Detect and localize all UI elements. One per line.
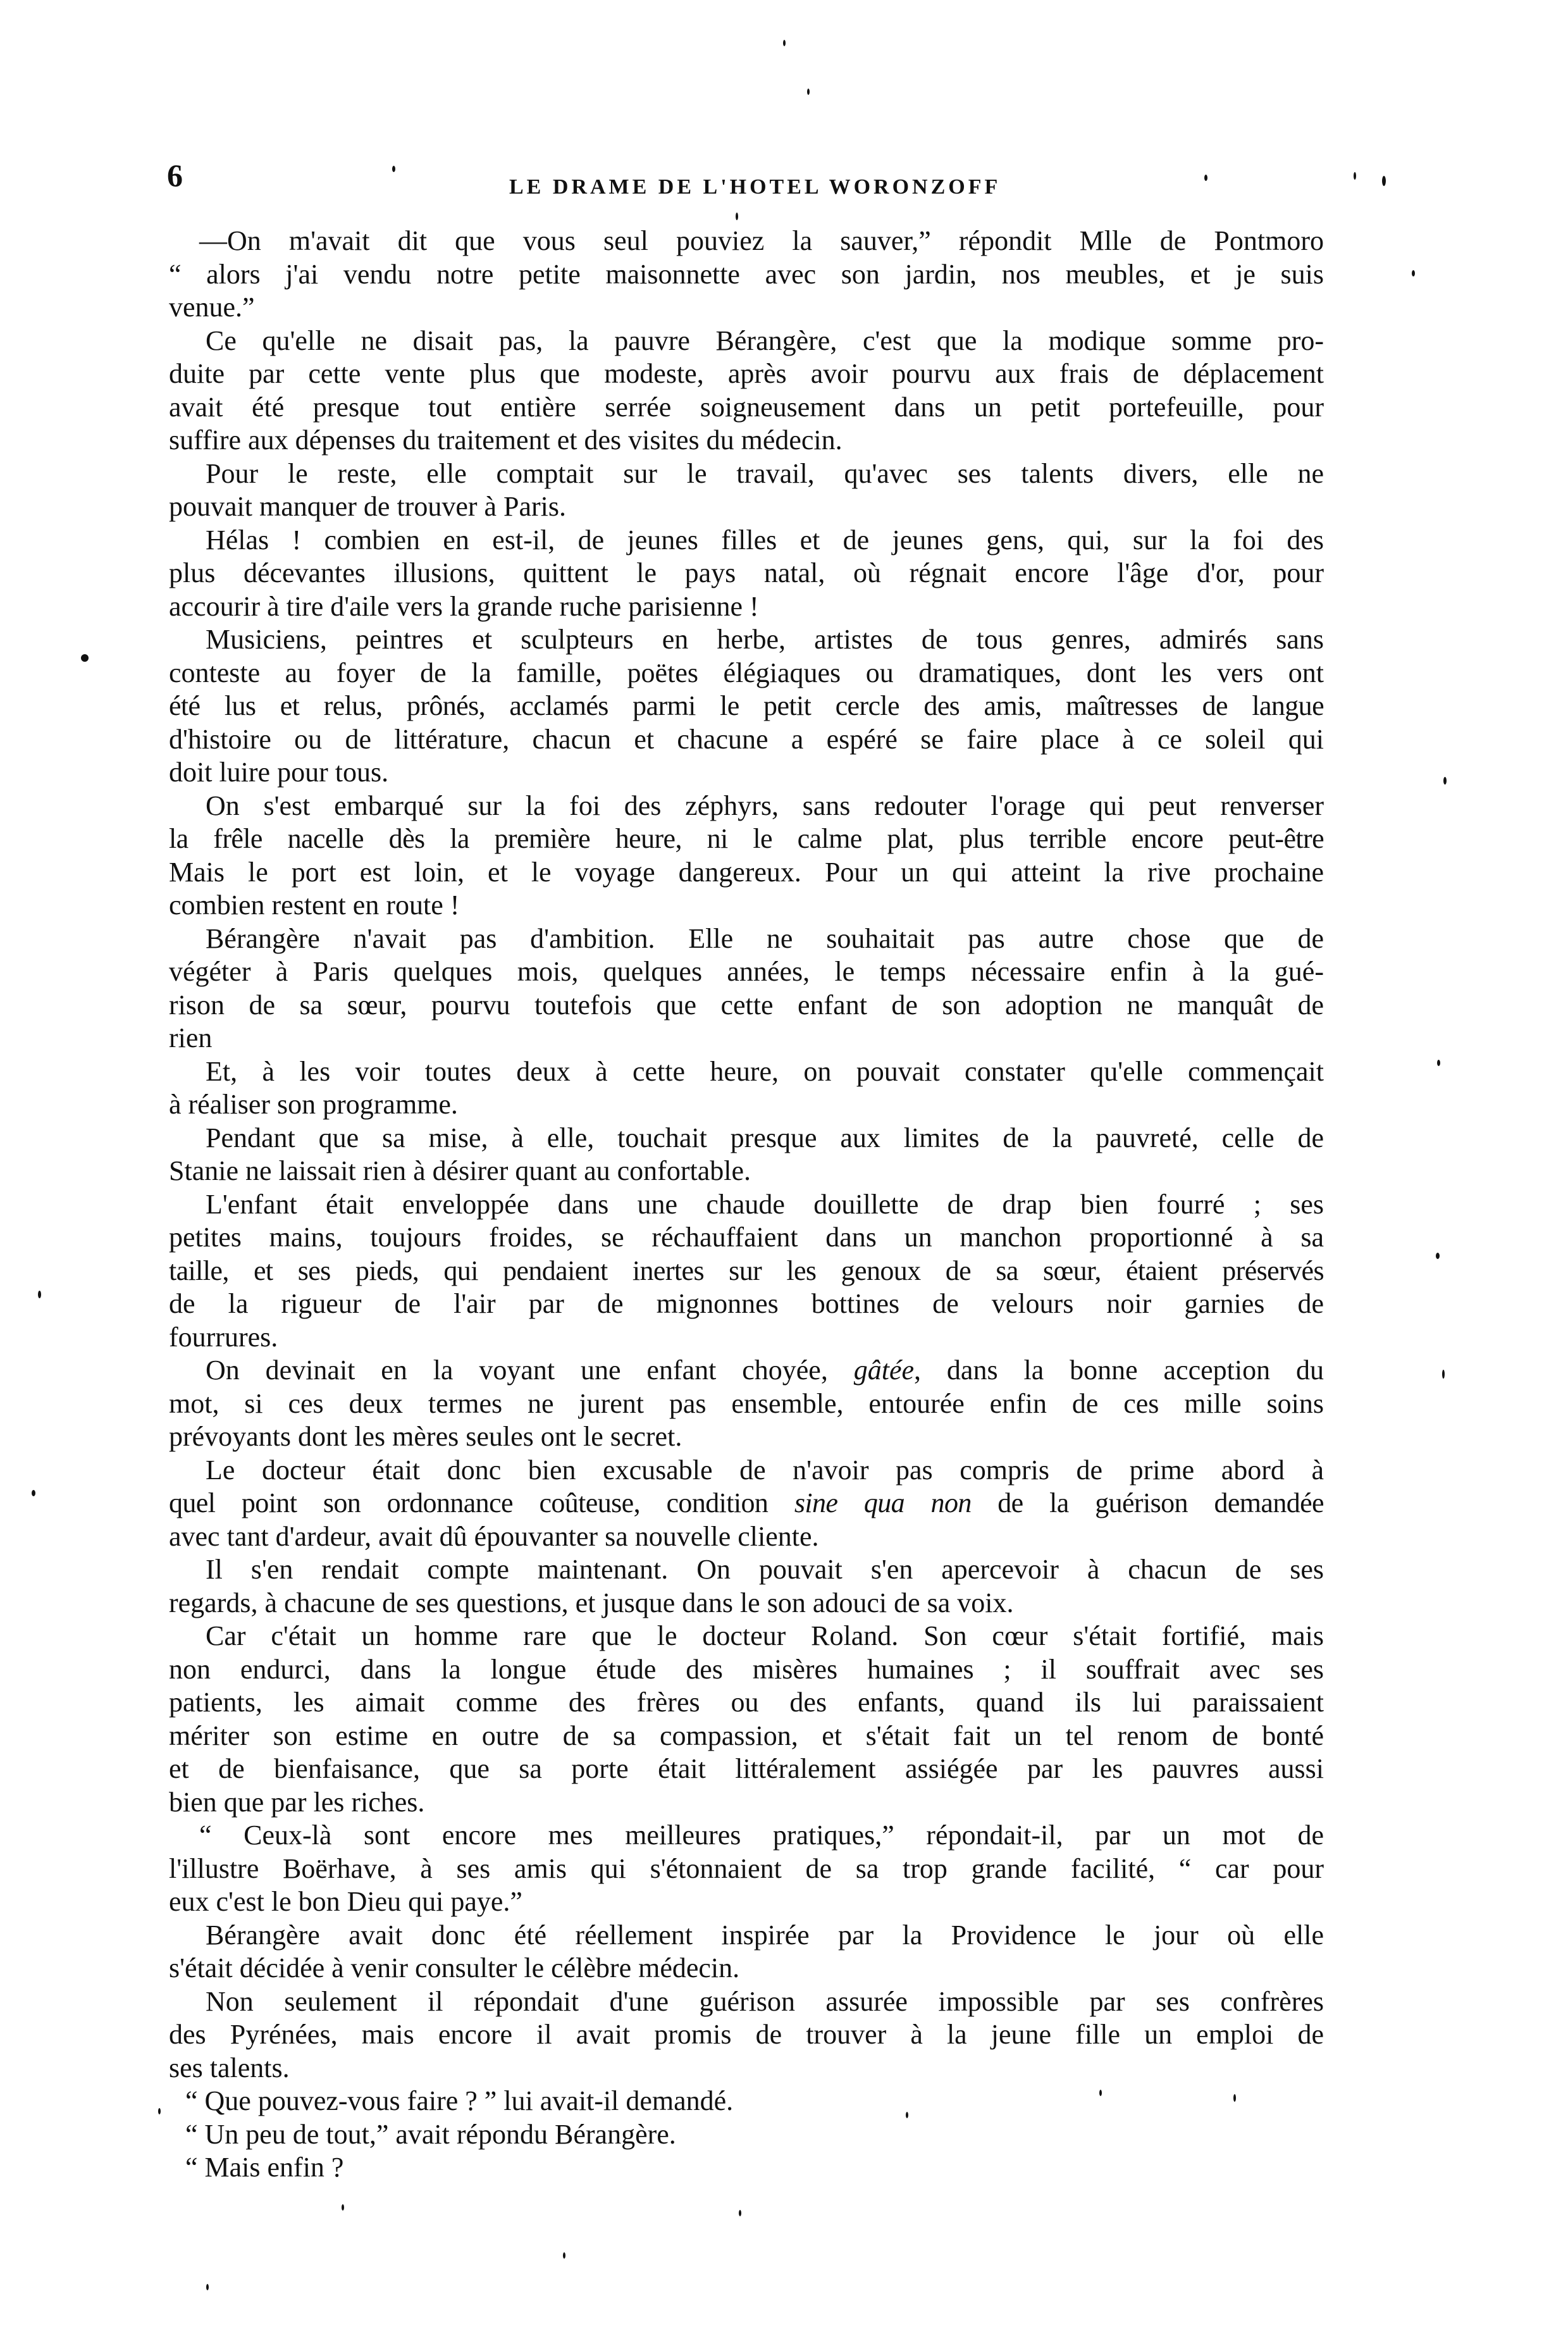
text-line: “ alors j'ai vendu notre petite maisonne… [169,258,1324,292]
text-line: la frêle nacelle dès la première heure, … [169,822,1324,856]
line-text: avait été presque tout entière serrée so… [169,392,1324,423]
line-text: combien restent en route ! [169,890,459,921]
scan-speck [206,2284,209,2290]
line-text: On s'est embarqué sur la foi des zéphyrs… [206,790,1324,821]
text-line: Stanie ne laissait rien à désirer quant … [169,1155,1324,1188]
text-line: Bérangère n'avait pas d'ambition. Elle n… [169,922,1324,956]
line-text: doit luire pour tous. [169,757,388,788]
line-text: Le docteur était donc bien excusable de … [206,1455,1324,1486]
scan-speck [563,2252,565,2259]
scan-speck [32,1490,35,1496]
text-line: rien [169,1022,1324,1055]
text-line: ses talents. [169,2052,1324,2085]
text-line: regards, à chacune de ses questions, et … [169,1587,1324,1620]
line-text: bien que par les riches. [169,1787,424,1818]
line-text: de la rigueur de l'air par de mignonnes … [169,1288,1324,1319]
line-text: de la guérison demandée [972,1487,1324,1518]
scan-speck [1412,270,1415,276]
scan-speck [1442,1370,1445,1379]
text-line: L'enfant était enveloppée dans une chaud… [169,1188,1324,1222]
line-text: regards, à chacune de ses questions, et … [169,1587,1014,1618]
text-line: fourrures. [169,1321,1324,1355]
line-text: Pour le reste, elle comptait sur le trav… [206,458,1324,489]
line-text: L'enfant était enveloppée dans une chaud… [206,1189,1324,1220]
line-text: suffire aux dépenses du traitement et de… [169,425,843,456]
text-line: combien restent en route ! [169,889,1324,922]
line-text: Bérangère n'avait pas d'ambition. Elle n… [206,923,1324,954]
text-line: Mais le port est loin, et le voyage dang… [169,856,1324,890]
text-line: Ce qu'elle ne disait pas, la pauvre Béra… [169,325,1324,358]
line-text: “ Un peu de tout,” avait répondu Bérangè… [185,2119,676,2150]
line-text: Bérangère avait donc été réellement insp… [206,1920,1324,1951]
text-line: Car c'était un homme rare que le docteur… [169,1620,1324,1653]
text-line: Pour le reste, elle comptait sur le trav… [169,457,1324,491]
italic-text: sine qua non [794,1487,972,1518]
scan-speck [1233,2094,1236,2102]
line-text: Stanie ne laissait rien à désirer quant … [169,1155,751,1186]
line-text: des Pyrénées, mais encore il avait promi… [169,2019,1324,2050]
text-line: —On m'avait dit que vous seul pouviez la… [169,225,1324,258]
text-line: Il s'en rendait compte maintenant. On po… [169,1553,1324,1587]
text-line: Bérangère avait donc été réellement insp… [169,1919,1324,1952]
text-line: été lus et relus, prônés, acclamés parmi… [169,690,1324,723]
line-text: Hélas ! combien en est-il, de jeunes fil… [206,524,1324,555]
line-text: à réaliser son programme. [169,1089,458,1120]
text-line: mériter son estime en outre de sa compas… [169,1720,1324,1753]
text-line: rison de sa sœur, pourvu toutefois que c… [169,989,1324,1022]
scan-speck [739,2210,741,2216]
scan-speck [807,89,810,95]
text-line: taille, et ses pieds, qui pendaient iner… [169,1255,1324,1288]
scan-speck [1354,172,1356,180]
line-text: “ Ceux-là sont encore mes meilleures pra… [199,1820,1324,1851]
book-page: 6 LE DRAME DE L'HOTEL WORONZOFF —On m'av… [0,0,1568,2339]
text-line: petites mains, toujours froides, se réch… [169,1221,1324,1255]
line-text: conteste au foyer de la famille, poëtes … [169,657,1324,688]
text-line: “ Ceux-là sont encore mes meilleures pra… [169,1819,1324,1852]
scan-speck [1443,777,1447,785]
line-text: Non seulement il répondait d'une guériso… [206,1986,1324,2017]
line-text: Pendant que sa mise, à elle, touchait pr… [206,1122,1324,1153]
line-text: plus décevantes illusions, quittent le p… [169,557,1324,588]
text-line: bien que par les riches. [169,1786,1324,1820]
text-line: quel point son ordonnance coûteuse, cond… [169,1487,1324,1520]
text-line: l'illustre Boërhave, à ses amis qui s'ét… [169,1852,1324,1886]
text-line: “ Que pouvez-vous faire ? ” lui avait-il… [169,2085,1324,2118]
scan-speck [783,40,786,46]
line-text: avec tant d'ardeur, avait dû épouvanter … [169,1521,819,1552]
line-text: petites mains, toujours froides, se réch… [169,1222,1324,1253]
line-text: —On m'avait dit que vous seul pouviez la… [199,225,1324,256]
text-line: et de bienfaisance, que sa porte était l… [169,1753,1324,1786]
text-line: eux c'est le bon Dieu qui paye.” [169,1885,1324,1919]
line-text: duite par cette vente plus que modeste, … [169,358,1324,389]
scan-speck [736,213,738,220]
text-line: à réaliser son programme. [169,1088,1324,1122]
page-number: 6 [167,159,183,191]
line-text: d'histoire ou de littérature, chacun et … [169,724,1324,755]
text-line: On s'est embarqué sur la foi des zéphyrs… [169,790,1324,823]
text-line: “ Mais enfin ? [169,2151,1324,2185]
scan-speck [906,2112,908,2118]
line-text: été lus et relus, prônés, acclamés parmi… [169,690,1324,721]
scan-speck [1099,2090,1102,2096]
scan-speck [392,166,395,172]
text-line: Et, à les voir toutes deux à cette heure… [169,1055,1324,1089]
text-line: pouvait manquer de trouver à Paris. [169,490,1324,524]
italic-text: gâtée [854,1355,914,1386]
line-text: s'était décidée à venir consulter le cél… [169,1952,739,1983]
line-text: mériter son estime en outre de sa compas… [169,1720,1324,1751]
line-text: rison de sa sœur, pourvu toutefois que c… [169,990,1324,1021]
text-line: prévoyants dont les mères seules ont le … [169,1420,1324,1454]
line-text: accourir à tire d'aile vers la grande ru… [169,591,759,622]
line-text: pouvait manquer de trouver à Paris. [169,491,566,522]
scan-speck [1436,1253,1440,1259]
line-text: ses talents. [169,2052,290,2083]
scan-speck [158,2108,161,2114]
line-text: Musiciens, peintres et sculpteurs en her… [206,624,1324,655]
text-line: conteste au foyer de la famille, poëtes … [169,657,1324,690]
line-text: patients, les aimait comme des frères ou… [169,1687,1324,1718]
text-line: accourir à tire d'aile vers la grande ru… [169,590,1324,624]
text-line: avec tant d'ardeur, avait dû épouvanter … [169,1520,1324,1554]
line-text: , dans la bonne acception du [914,1355,1324,1386]
text-line: de la rigueur de l'air par de mignonnes … [169,1287,1324,1321]
running-title: LE DRAME DE L'HOTEL WORONZOFF [509,175,990,200]
line-text: “ Mais enfin ? [185,2152,343,2183]
scan-speck [81,654,89,662]
line-text: l'illustre Boërhave, à ses amis qui s'ét… [169,1853,1324,1884]
text-line: non endurci, dans la longue étude des mi… [169,1653,1324,1687]
line-text: Ce qu'elle ne disait pas, la pauvre Béra… [206,325,1324,356]
line-text: Et, à les voir toutes deux à cette heure… [206,1056,1324,1087]
text-line: doit luire pour tous. [169,756,1324,790]
body-text: —On m'avait dit que vous seul pouviez la… [169,225,1324,2185]
line-text: eux c'est le bon Dieu qui paye.” [169,1886,522,1917]
text-line: On devinait en la voyant une enfant choy… [169,1354,1324,1387]
line-text: quel point son ordonnance coûteuse, cond… [169,1487,794,1518]
text-line: plus décevantes illusions, quittent le p… [169,557,1324,590]
line-text: Mais le port est loin, et le voyage dang… [169,857,1324,888]
line-text: venue.” [169,292,255,323]
text-line: s'était décidée à venir consulter le cél… [169,1952,1324,1985]
line-text: “ alors j'ai vendu notre petite maisonne… [169,259,1324,290]
text-line: mot, si ces deux termes ne jurent pas en… [169,1387,1324,1421]
line-text: et de bienfaisance, que sa porte était l… [169,1753,1324,1784]
line-text: fourrures. [169,1322,278,1353]
line-text: Il s'en rendait compte maintenant. On po… [206,1554,1324,1585]
line-text: Car c'était un homme rare que le docteur… [206,1620,1324,1651]
line-text: végéter à Paris quelques mois, quelques … [169,956,1324,987]
line-text: rien [169,1022,212,1053]
text-line: Musiciens, peintres et sculpteurs en her… [169,623,1324,657]
line-text: mot, si ces deux termes ne jurent pas en… [169,1388,1324,1419]
line-text: non endurci, dans la longue étude des mi… [169,1654,1324,1685]
text-line: duite par cette vente plus que modeste, … [169,357,1324,391]
scan-speck [38,1291,41,1298]
line-text: On devinait en la voyant une enfant choy… [206,1355,854,1386]
scan-speck [1437,1060,1440,1066]
text-line: venue.” [169,291,1324,325]
text-line: “ Un peu de tout,” avait répondu Bérangè… [169,2118,1324,2152]
line-text: prévoyants dont les mères seules ont le … [169,1421,682,1452]
scan-speck [1382,176,1386,186]
text-line: des Pyrénées, mais encore il avait promi… [169,2018,1324,2052]
text-line: d'histoire ou de littérature, chacun et … [169,723,1324,757]
text-line: Pendant que sa mise, à elle, touchait pr… [169,1122,1324,1155]
line-text: la frêle nacelle dès la première heure, … [169,823,1324,854]
text-line: Non seulement il répondait d'une guériso… [169,1985,1324,2019]
scan-speck [342,2204,344,2211]
text-line: patients, les aimait comme des frères ou… [169,1686,1324,1720]
scan-speck [1204,175,1207,181]
text-line: végéter à Paris quelques mois, quelques … [169,955,1324,989]
text-line: suffire aux dépenses du traitement et de… [169,424,1324,457]
line-text: “ Que pouvez-vous faire ? ” lui avait-il… [185,2085,733,2116]
text-line: Hélas ! combien en est-il, de jeunes fil… [169,524,1324,557]
text-line: Le docteur était donc bien excusable de … [169,1454,1324,1487]
text-line: avait été presque tout entière serrée so… [169,391,1324,425]
line-text: taille, et ses pieds, qui pendaient iner… [169,1255,1324,1286]
